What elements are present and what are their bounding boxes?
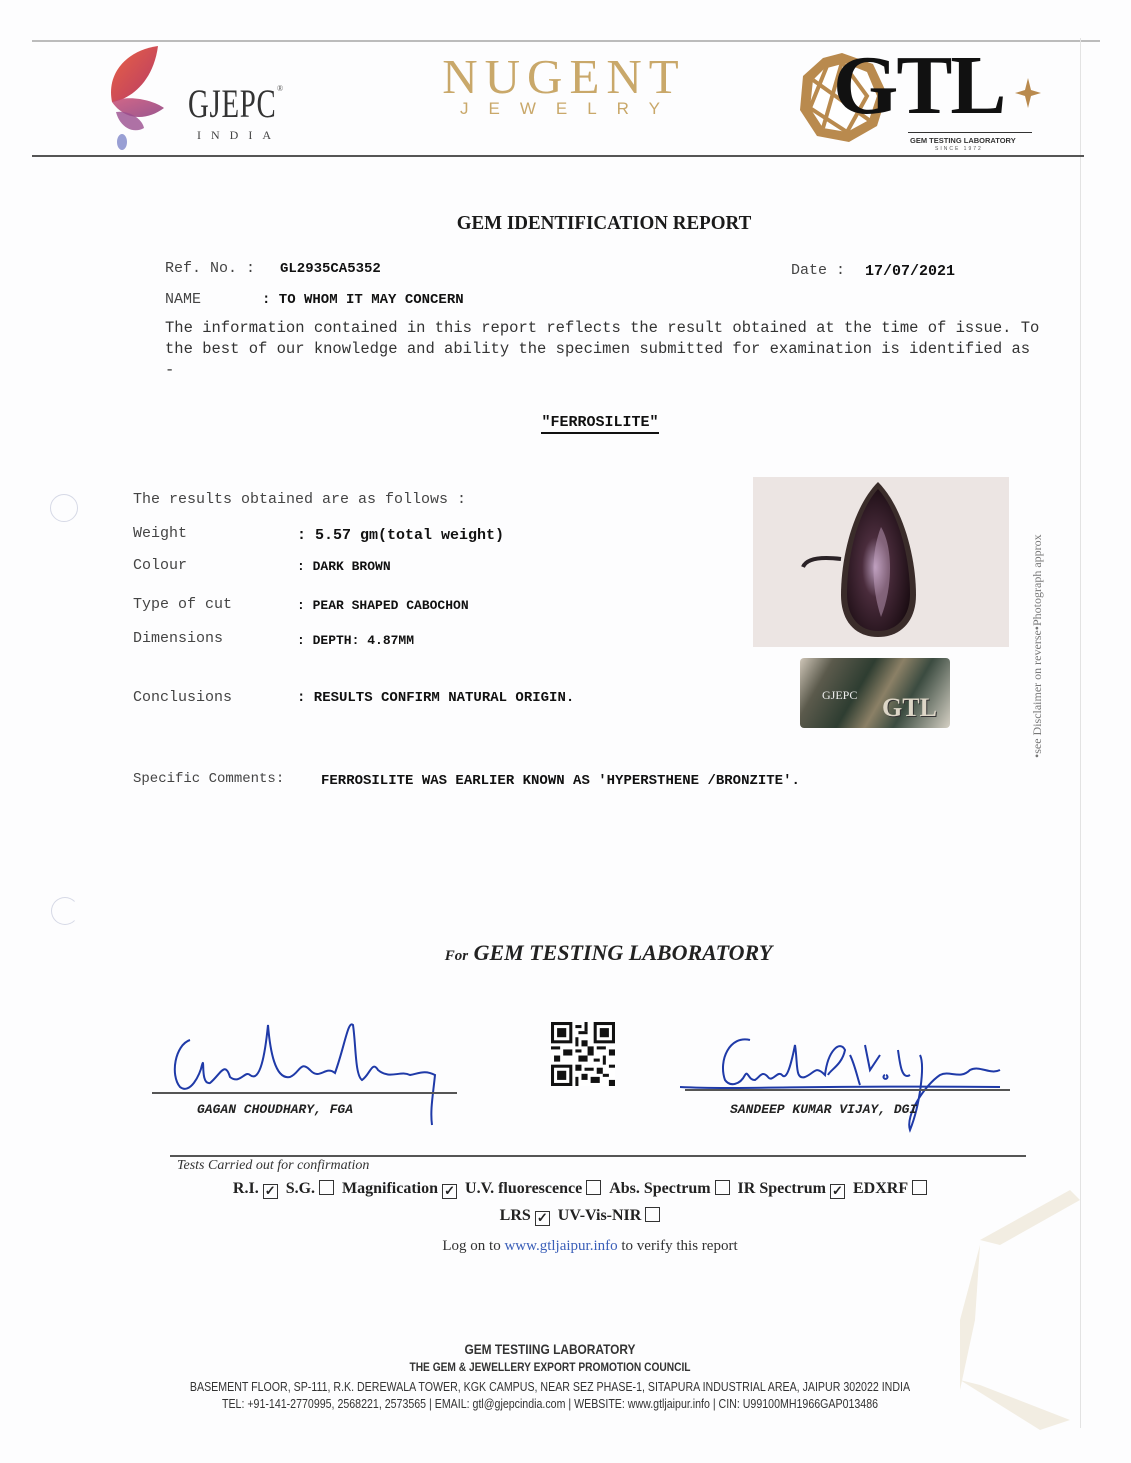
sparkle-icon	[1015, 78, 1041, 108]
test-edxrf: EDXRF	[853, 1180, 927, 1198]
comments-value: FERROSILITE WAS EARLIER KNOWN AS 'HYPERS…	[321, 773, 800, 789]
signature-right-icon	[680, 1025, 1010, 1135]
result-value-colour: : DARK BROWN	[297, 559, 391, 574]
test-u-v-fluorescence: U.V. fluorescence	[465, 1180, 601, 1198]
test-label: S.G.	[286, 1180, 315, 1197]
nugent-wordmark: NUGENT	[411, 48, 717, 105]
ref-label: Ref. No. :	[165, 260, 255, 277]
intro-paragraph: The information contained in this report…	[165, 318, 1045, 381]
test-label: Abs. Spectrum	[609, 1180, 710, 1197]
date-label: Date :	[791, 262, 845, 279]
test-abs-spectrum: Abs. Spectrum	[609, 1180, 729, 1198]
report-title: GEM IDENTIFICATION REPORT	[30, 212, 1131, 235]
for-prefix: For	[445, 948, 468, 964]
result-label-cut: Type of cut	[133, 596, 232, 613]
test-label: R.I.	[233, 1180, 259, 1197]
signatory-right-name: SANDEEP KUMAR VIJAY, DGI	[730, 1102, 917, 1117]
ref-number: GL2935CA5352	[280, 261, 381, 277]
checkbox-unchecked-icon[interactable]	[645, 1207, 660, 1222]
hologram-gtl-text: GTL	[882, 693, 937, 723]
result-label-conclusions: Conclusions	[133, 689, 232, 706]
nugent-subtitle: JEWELRY	[450, 99, 690, 119]
verify-prefix: Log on to	[442, 1238, 500, 1254]
signature-line-left	[152, 1092, 457, 1094]
test-label: U.V. fluorescence	[465, 1180, 582, 1197]
results-heading: The results obtained are as follows :	[133, 491, 466, 508]
gtl-fullname: GEM TESTING LABORATORY	[910, 136, 1016, 145]
gjepc-butterfly-icon	[98, 42, 178, 152]
report-date: 17/07/2021	[865, 263, 955, 280]
test-label: UV-Vis-NIR	[558, 1207, 642, 1224]
name-label: NAME	[165, 291, 201, 308]
punch-hole-bottom	[51, 897, 79, 925]
gtl-wordmark: GTL	[833, 44, 1004, 128]
result-label-weight: Weight	[133, 525, 187, 542]
footer-council: THE GEM & JEWELLERY EXPORT PROMOTION COU…	[83, 1360, 1018, 1374]
result-value-cut: : PEAR SHAPED CABOCHON	[297, 598, 469, 613]
checkbox-unchecked-icon[interactable]	[586, 1180, 601, 1195]
gtl-since: SINCE 1972	[935, 146, 983, 152]
test-magnification: Magnification✓	[342, 1180, 457, 1199]
test-label: IR Spectrum	[738, 1180, 826, 1197]
signature-line-right	[685, 1089, 1010, 1091]
test-uv-vis-nir: UV-Vis-NIR	[558, 1207, 661, 1225]
gjepc-trademark: ®	[277, 84, 283, 93]
test-s-g: S.G.	[286, 1180, 334, 1198]
footer-lab-name: GEM TESTIING LABORATORY	[83, 1341, 1018, 1357]
qr-code-icon[interactable]	[551, 1022, 615, 1086]
hologram-gjepc-text: GJEPC	[822, 688, 857, 703]
checkbox-checked-icon[interactable]: ✓	[263, 1184, 278, 1199]
verify-link[interactable]: www.gtljaipur.info	[504, 1238, 617, 1254]
punch-hole-top	[50, 494, 78, 522]
result-label-dimensions: Dimensions	[133, 630, 223, 647]
header-divider	[32, 155, 1084, 157]
checkbox-unchecked-icon[interactable]	[715, 1180, 730, 1195]
result-value-conclusions: : RESULTS CONFIRM NATURAL ORIGIN.	[297, 690, 574, 706]
verify-suffix: to verify this report	[621, 1238, 737, 1254]
test-label: Magnification	[342, 1180, 438, 1197]
gem-photo	[753, 477, 1009, 647]
test-ir-spectrum: IR Spectrum✓	[738, 1180, 845, 1199]
name-value: : TO WHOM IT MAY CONCERN	[262, 292, 464, 308]
checkbox-checked-icon[interactable]: ✓	[442, 1184, 457, 1199]
test-label: EDXRF	[853, 1180, 908, 1197]
for-gem-testing-laboratory: For GEM TESTING LABORATORY	[0, 940, 1131, 966]
identified-gem-name: "FERROSILITE"	[541, 414, 658, 434]
signatory-left-name: GAGAN CHOUDHARY, FGA	[197, 1102, 353, 1117]
gjepc-wordmark: GJEPC	[188, 80, 276, 127]
gtl-underline	[908, 132, 1032, 133]
footer-contact: TEL: +91-141-2770995, 2568221, 2573565 |…	[83, 1397, 1018, 1411]
tests-divider	[170, 1155, 1026, 1157]
footer-address: BASEMENT FLOOR, SP-111, R.K. DEREWALA TO…	[83, 1380, 1018, 1394]
checkbox-checked-icon[interactable]: ✓	[830, 1184, 845, 1199]
test-r-i: R.I.✓	[233, 1180, 278, 1199]
checkbox-checked-icon[interactable]: ✓	[535, 1211, 550, 1226]
test-label: LRS	[500, 1207, 531, 1224]
tests-title: Tests Carried out for confirmation	[177, 1158, 369, 1174]
gjepc-country: INDIA	[197, 128, 281, 143]
checkbox-unchecked-icon[interactable]	[319, 1180, 334, 1195]
result-value-weight: : 5.57 gm(total weight)	[297, 527, 504, 544]
result-value-dimensions: : DEPTH: 4.87MM	[297, 633, 414, 648]
comments-label: Specific Comments:	[133, 771, 284, 787]
photo-disclaimer: •see Disclaimer on reverse•Photograph ap…	[1030, 534, 1045, 758]
result-label-colour: Colour	[133, 557, 187, 574]
test-lrs: LRS✓	[500, 1207, 550, 1226]
identified-gem: "FERROSILITE"	[0, 414, 1131, 431]
for-org: GEM TESTING LABORATORY	[474, 940, 773, 965]
pear-cabochon-ring-image	[753, 477, 1009, 647]
